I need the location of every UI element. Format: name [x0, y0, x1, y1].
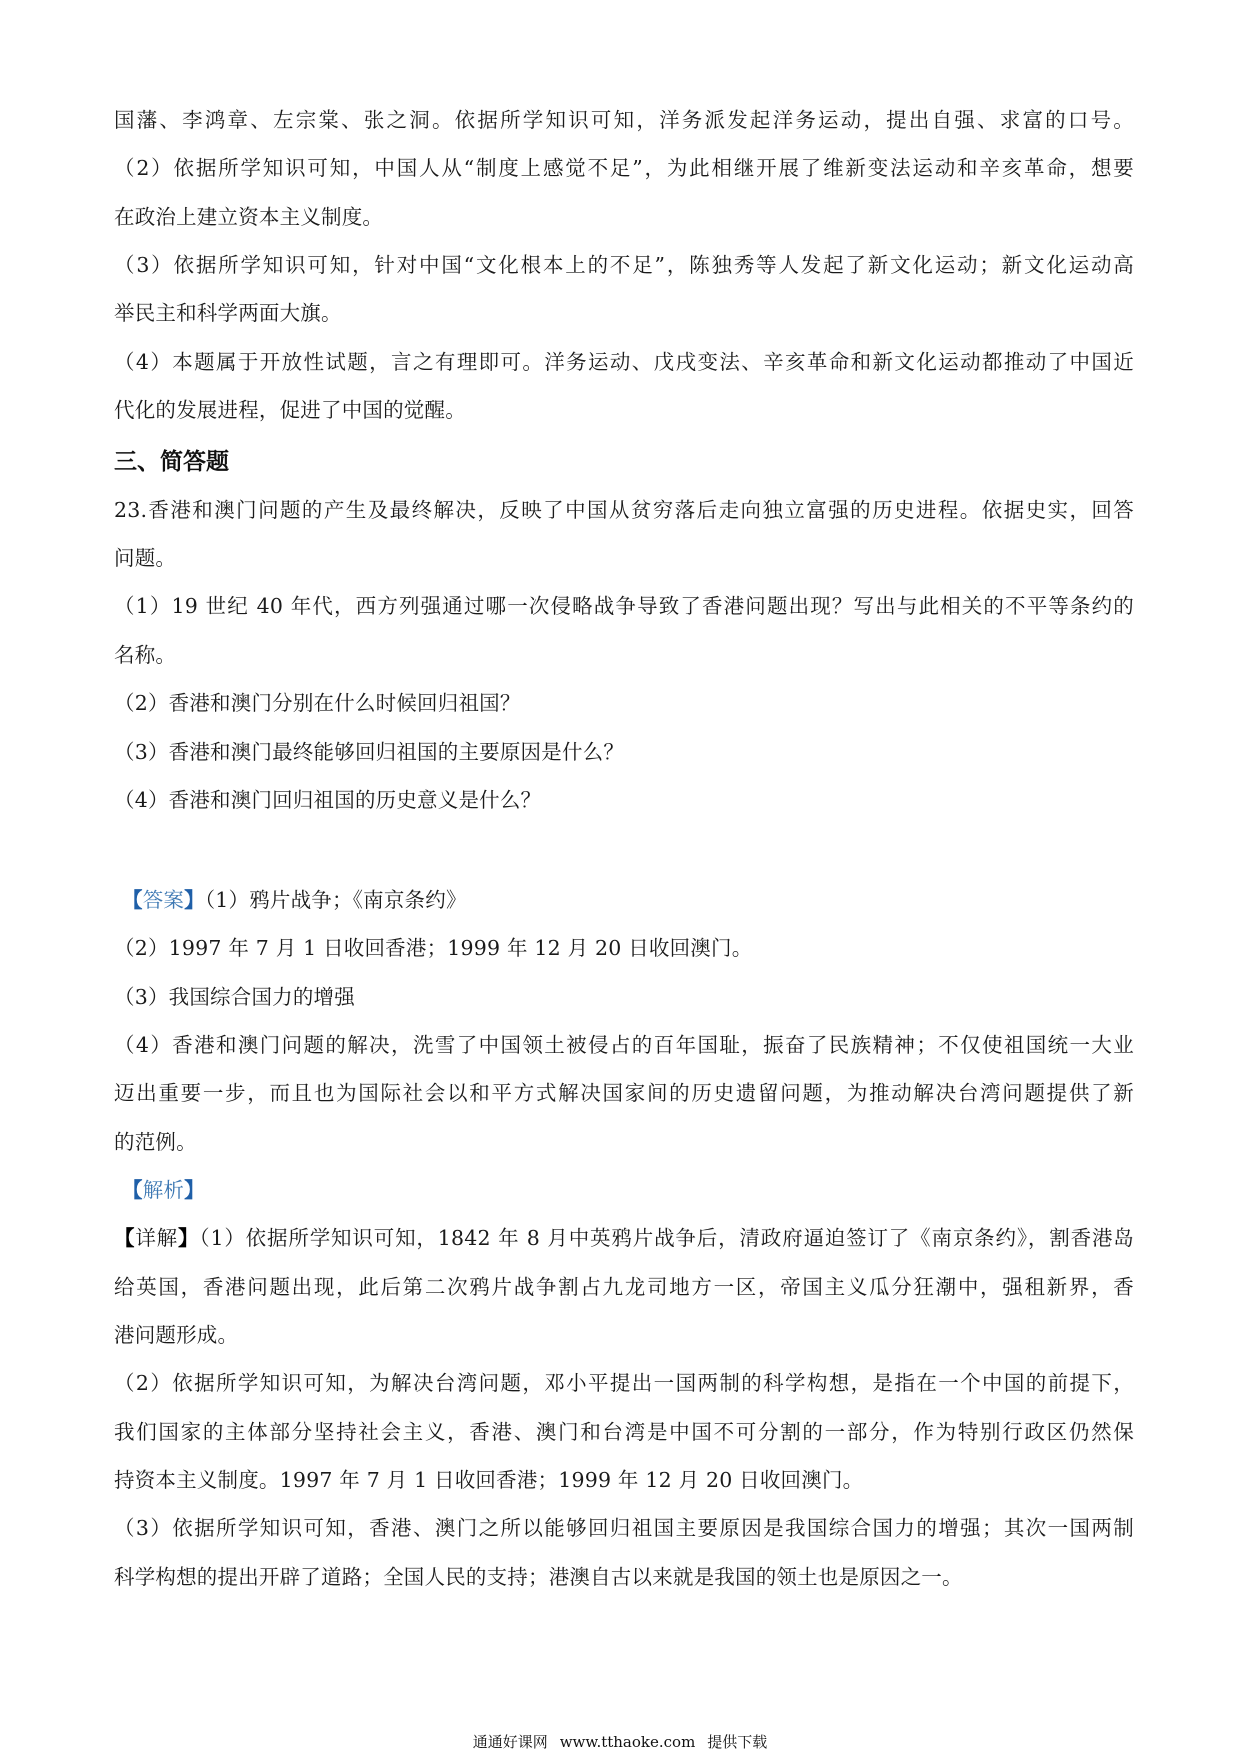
footer-site-name: 通通好课网 — [473, 1733, 548, 1751]
question-part-1: （1）19 世纪 40 年代，西方列强通过哪一次侵略战争导致了香港问题出现？写出… — [114, 591, 1134, 621]
analysis-label: 【解析】 — [122, 1178, 205, 1202]
question-part-3: （3）香港和澳门最终能够回归祖国的主要原因是什么？ — [114, 737, 1134, 767]
answer-label: 【答案】 — [122, 888, 205, 912]
detail-text: 港问题形成。 — [114, 1320, 1134, 1350]
text-line: 在政治上建立资本主义制度。 — [114, 202, 1134, 232]
answer-part-4: （4）香港和澳门问题的解决，洗雪了中国领土被侵占的百年国耻，振奋了民族精神；不仅… — [114, 1030, 1134, 1060]
detail-first-line: 【详解】（1）依据所学知识可知，1842 年 8 月中英鸦片战争后，清政府逼迫签… — [114, 1223, 1134, 1253]
text-line: （3）依据所学知识可知，针对中国“文化根本上的不足”，陈独秀等人发起了新文化运动… — [114, 250, 1134, 280]
text-line: 国藩、李鸿章、左宗棠、张之洞。依据所学知识可知，洋务派发起洋务运动，提出自强、求… — [114, 105, 1134, 135]
answer-part-3: （3）我国综合国力的增强 — [114, 982, 1134, 1012]
question-text: 23.香港和澳门问题的产生及最终解决，反映了中国从贫穷落后走向独立富强的历史进程… — [114, 495, 1134, 525]
section-heading: 三、简答题 — [114, 446, 229, 478]
question-part-2: （2）香港和澳门分别在什么时候回归祖国？ — [114, 688, 1134, 718]
answer-first-line: 【答案】（1）鸦片战争；《南京条约》 — [122, 885, 1142, 915]
detail-text: 我们国家的主体部分坚持社会主义，香港、澳门和台湾是中国不可分割的一部分，作为特别… — [114, 1417, 1134, 1447]
footer-url[interactable]: www.tthaoke.com — [560, 1733, 696, 1751]
question-part-4: （4）香港和澳门回归祖国的历史意义是什么？ — [114, 785, 1134, 815]
text-line: 代化的发展进程，促进了中国的觉醒。 — [114, 395, 1134, 425]
question-text: 问题。 — [114, 543, 1134, 573]
answer-part-2: （2）1997 年 7 月 1 日收回香港；1999 年 12 月 20 日收回… — [114, 933, 1134, 963]
detail-part-3: （3）依据所学知识可知，香港、澳门之所以能够回归祖国主要原因是我国综合国力的增强… — [114, 1513, 1134, 1543]
detail-part-2: （2）依据所学知识可知，为解决台湾问题，邓小平提出一国两制的科学构想，是指在一个… — [114, 1368, 1134, 1398]
answer-part-1: （1）鸦片战争；《南京条约》 — [205, 888, 467, 912]
detail-text: 给英国，香港问题出现，此后第二次鸦片战争割占九龙司地方一区，帝国主义瓜分狂潮中，… — [114, 1272, 1134, 1302]
text-line: 举民主和科学两面大旗。 — [114, 298, 1134, 328]
page-footer: 通通好课网www.tthaoke.com提供下载 — [0, 1731, 1240, 1753]
footer-suffix: 提供下载 — [707, 1733, 767, 1751]
analysis-label-line: 【解析】 — [122, 1175, 1142, 1205]
text-line: （4）本题属于开放性试题，言之有理即可。洋务运动、戊戌变法、辛亥革命和新文化运动… — [114, 347, 1134, 377]
question-text: 名称。 — [114, 640, 1134, 670]
document-page: 国藩、李鸿章、左宗棠、张之洞。依据所学知识可知，洋务派发起洋务运动，提出自强、求… — [0, 0, 1240, 1754]
detail-part-1: （1）依据所学知识可知，1842 年 8 月中英鸦片战争后，清政府逼迫签订了《南… — [199, 1226, 1134, 1250]
detail-text: 持资本主义制度。1997 年 7 月 1 日收回香港；1999 年 12 月 2… — [114, 1465, 1134, 1495]
answer-text: 的范例。 — [114, 1127, 1134, 1157]
text-line: （2）依据所学知识可知，中国人从“制度上感觉不足”，为此相继开展了维新变法运动和… — [114, 153, 1134, 183]
answer-text: 迈出重要一步，而且也为国际社会以和平方式解决国家间的历史遗留问题，为推动解决台湾… — [114, 1078, 1134, 1108]
detail-label: 【详解】 — [114, 1226, 199, 1250]
detail-text: 科学构想的提出开辟了道路；全国人民的支持；港澳自古以来就是我国的领土也是原因之一… — [114, 1562, 1134, 1592]
